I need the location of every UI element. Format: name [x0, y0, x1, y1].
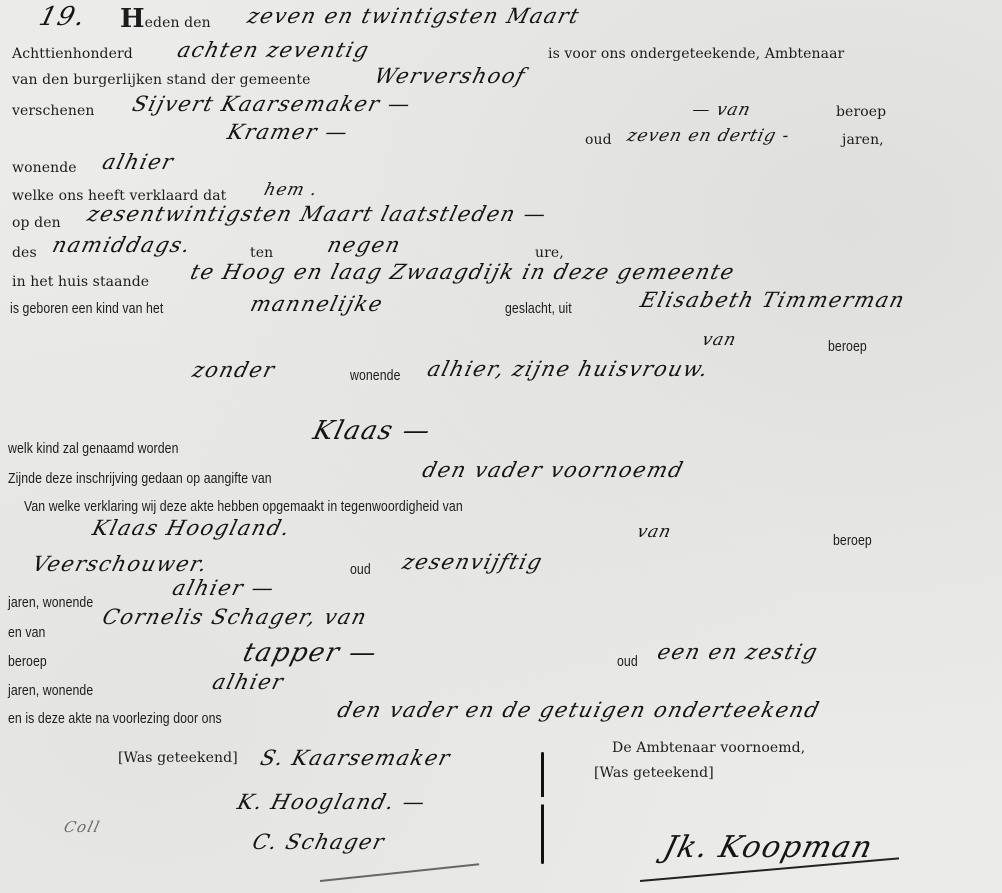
signature-divider [541, 752, 544, 864]
jaren-wonende-label-1: jaren, wonende [8, 594, 93, 611]
des-label: des [12, 245, 37, 261]
signature-official: Jk. Koopman [660, 830, 877, 865]
handwritten-witness2-residence: alhier [210, 670, 287, 694]
wonende-label-1: wonende [12, 160, 77, 176]
en-is-deze-label: en is deze akte na voorlezing door ons [8, 710, 222, 727]
margin-note: Coll [62, 818, 103, 836]
handwritten-mother-occupation: zonder [190, 358, 278, 382]
was-geteekend-label-1: [Was geteekend] [118, 750, 238, 766]
achttienhonderd-label: Achttienhonderd [12, 46, 133, 62]
ambtenaar-voornoemd-label: De Ambtenaar voornoemd, [612, 740, 805, 756]
handwritten-mother-residence: alhier, zijne huisvrouw. [425, 357, 712, 381]
handwritten-mother: Elisabeth Timmerman [638, 288, 908, 312]
beroep-label-3: beroep [833, 532, 872, 549]
beroep-label-1: beroep [836, 104, 886, 120]
handwritten-witness2-occupation: tapper — [240, 638, 381, 668]
handwritten-birth-date: zesentwintigsten Maart laatstleden — [85, 202, 550, 226]
handwritten-witness1-occupation: Veerschouwer. [30, 552, 211, 576]
handwritten-witness2-age: een en zestig [655, 640, 821, 664]
handwritten-year: achten zeventig [175, 38, 372, 62]
heden-den-label: Heden den [120, 4, 211, 34]
handwritten-child-name: Klaas — [310, 416, 434, 446]
handwritten-house-location: te Hoog en laag Zwaagdijk in deze gemeen… [188, 260, 738, 284]
heden-initial: H [120, 4, 145, 34]
beroep-label-4: beroep [8, 653, 47, 670]
ten-label: ten [250, 245, 273, 261]
jaren-wonende-label-2: jaren, wonende [8, 682, 93, 699]
handwritten-informant: den vader voornoemd [420, 458, 687, 482]
zijnde-deze-label: Zijnde deze inschrijving gedaan op aangi… [8, 470, 272, 487]
handwritten-municipality: Wervershoof [372, 64, 529, 88]
handwritten-residence-declarant: alhier [100, 150, 177, 174]
handwritten-hem: hem . [262, 180, 320, 200]
oud-label-2: oud [350, 561, 371, 578]
handwritten-van-1: — van [690, 100, 753, 120]
geslacht-uit-label: geslacht, uit [505, 300, 572, 317]
oud-label-1: oud [585, 132, 612, 148]
ure-label: ure, [535, 245, 564, 261]
in-het-huis-label: in het huis staande [12, 274, 149, 290]
handwritten-hour: negen [325, 233, 404, 257]
burgerlijke-stand-label: van den burgerlijken stand der gemeente [12, 72, 310, 88]
handwritten-date-day: zeven en twintigsten Maart [245, 4, 583, 28]
wonende-label-2: wonende [350, 367, 401, 384]
heden-rest: eden den [145, 15, 211, 31]
handwritten-van-2: van [700, 330, 739, 350]
jaren-label-1: jaren, [842, 132, 884, 148]
oud-label-3: oud [617, 653, 638, 670]
handwritten-witness2-name: Cornelis Schager, van [100, 605, 370, 629]
signature-witness2: C. Schager [250, 830, 388, 854]
is-geboren-label: is geboren een kind van het [10, 300, 163, 317]
van-welke-label: Van welke verklaring wij deze akte hebbe… [24, 498, 463, 515]
handwritten-time-of-day: namiddags. [50, 233, 194, 257]
handwritten-declarant: Sijvert Kaarsemaker — [130, 92, 414, 116]
birth-record-page: 19. Heden den zeven en twintigsten Maart… [0, 0, 1002, 893]
handwritten-witness1-age: zesenvijftig [400, 550, 546, 574]
record-number: 19. [36, 2, 89, 32]
signature-witness1: K. Hoogland. — [235, 790, 429, 814]
en-van-label: en van [8, 624, 45, 641]
was-geteekend-label-2: [Was geteekend] [594, 765, 714, 781]
handwritten-age-declarant: zeven en dertig - [625, 126, 792, 146]
op-den-label: op den [12, 215, 61, 231]
welk-kind-label: welk kind zal genaamd worden [8, 440, 178, 457]
signature-witness2-underline [320, 863, 479, 881]
handwritten-witness1-residence: alhier — [170, 576, 278, 600]
signature-declarant: S. Kaarsemaker [258, 746, 454, 770]
beroep-label-2: beroep [828, 338, 867, 355]
handwritten-witness1-name: Klaas Hoogland. [90, 516, 293, 540]
is-voor-ons-label: is voor ons ondergeteekende, Ambtenaar [548, 46, 844, 62]
handwritten-sex: mannelijke [248, 292, 386, 316]
handwritten-van-3: van [635, 522, 674, 542]
verschenen-label: verschenen [12, 103, 95, 119]
handwritten-signed-by: den vader en de getuigen onderteekend [335, 698, 823, 722]
handwritten-occupation-declarant: Kramer — [225, 120, 351, 144]
